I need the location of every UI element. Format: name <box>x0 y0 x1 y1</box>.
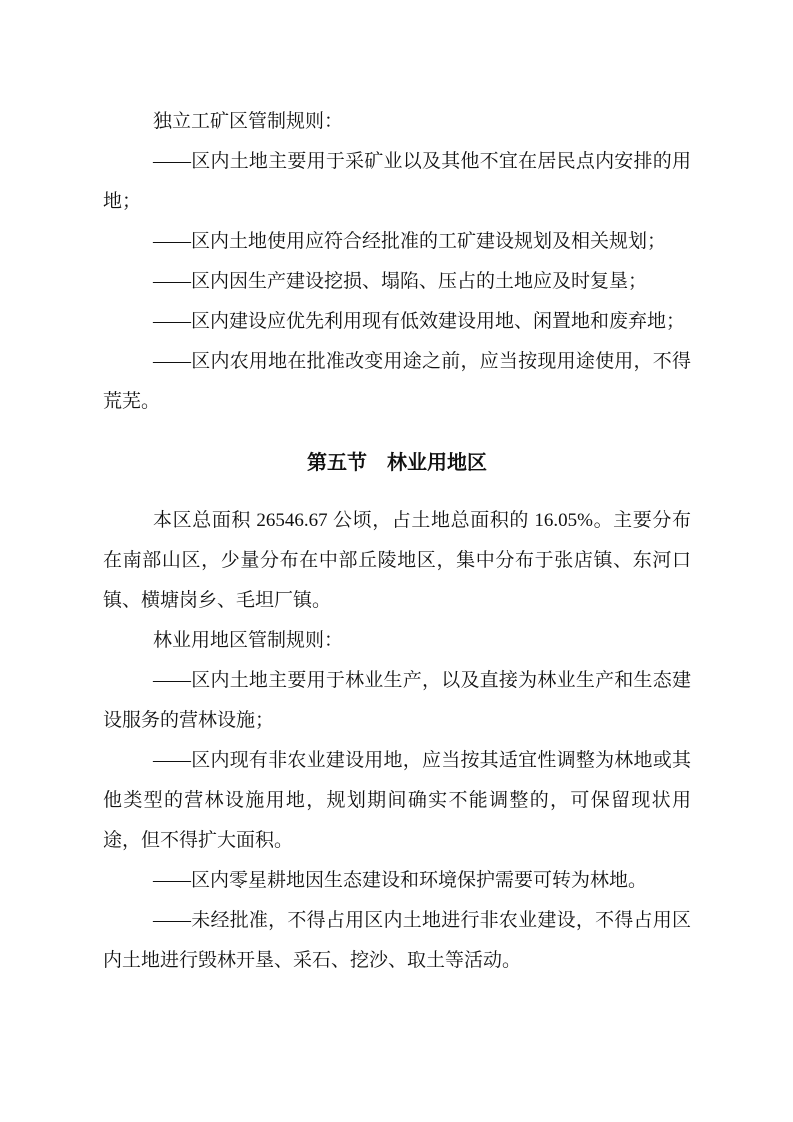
rule-mining-3: ——区内因生产建设挖损、塌陷、压占的土地应及时复垦； <box>103 262 691 302</box>
rule-mining-4: ——区内建设应优先利用现有低效建设用地、闲置地和废弃地； <box>103 302 691 342</box>
rule-mining-2: ——区内土地使用应符合经批准的工矿建设规划及相关规划； <box>103 222 691 262</box>
rule-mining-5: ——区内农用地在批准改变用途之前，应当按现用途使用，不得荒芜。 <box>103 342 691 422</box>
rule-forestry-3: ——区内零星耕地因生态建设和环境保护需要可转为林地。 <box>103 861 691 901</box>
para-forestry-rules-title: 林业用地区管制规则： <box>103 621 691 661</box>
rule-forestry-1: ——区内土地主要用于林业生产，以及直接为林业生产和生态建设服务的营林设施； <box>103 661 691 741</box>
para-forestry-overview: 本区总面积 26546.67 公顷，占土地总面积的 16.05%。主要分布在南部… <box>103 501 691 621</box>
section-heading-forestry: 第五节 林业用地区 <box>103 443 691 483</box>
document-page: 独立工矿区管制规则： ——区内土地主要用于采矿业以及其他不宜在居民点内安排的用地… <box>0 0 793 1122</box>
rule-forestry-4: ——未经批准，不得占用区内土地进行非农业建设，不得占用区内土地进行毁林开垦、采石… <box>103 901 691 981</box>
rule-mining-1: ——区内土地主要用于采矿业以及其他不宜在居民点内安排的用地； <box>103 142 691 222</box>
rule-forestry-2: ——区内现有非农业建设用地，应当按其适宜性调整为林地或其他类型的营林设施用地，规… <box>103 741 691 861</box>
para-mining-rules-title: 独立工矿区管制规则： <box>103 102 691 142</box>
document-content: 独立工矿区管制规则： ——区内土地主要用于采矿业以及其他不宜在居民点内安排的用地… <box>103 102 691 981</box>
